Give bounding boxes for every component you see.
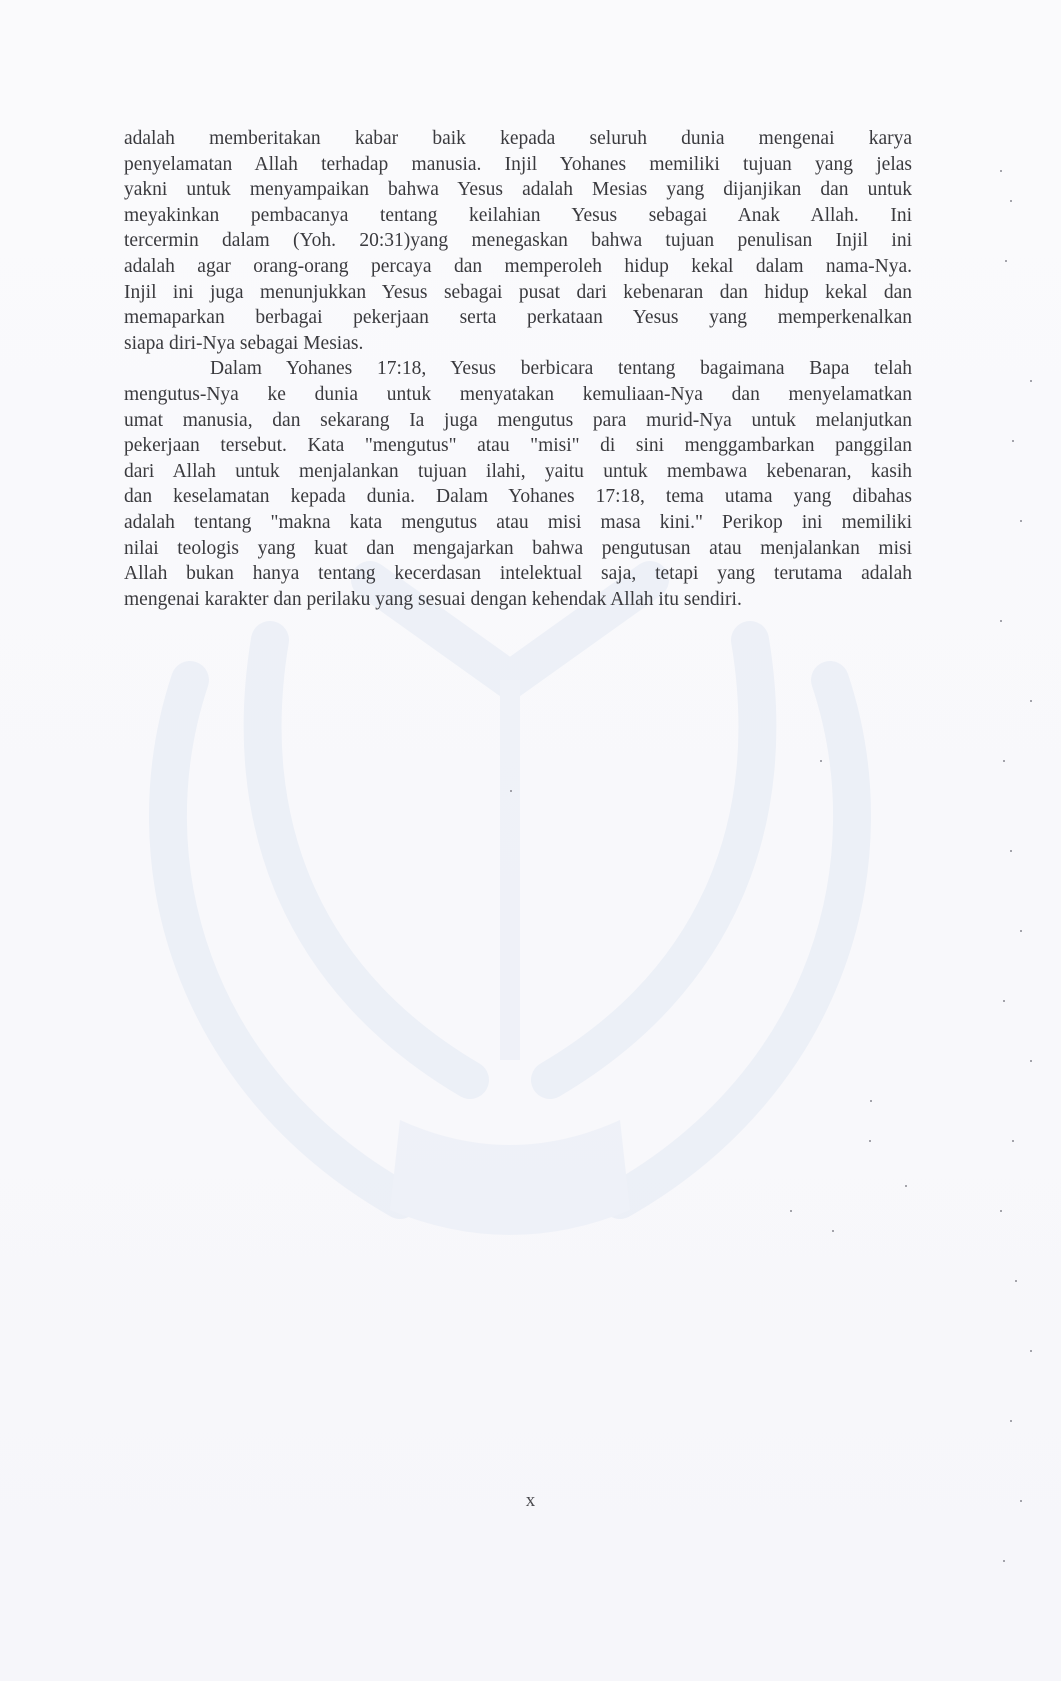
scan-speck: [1020, 930, 1022, 932]
scan-speck: [1012, 440, 1014, 442]
text-line: adalah agar orang-orang percaya dan memp…: [124, 254, 912, 280]
paragraph: adalah memberitakan kabar baik kepada se…: [124, 126, 912, 356]
scan-speck: [1005, 260, 1007, 262]
text-line: Allah bukan hanya tentang kecerdasan int…: [124, 561, 912, 587]
scan-speck: [1020, 520, 1022, 522]
scan-speck: [1003, 1560, 1005, 1562]
text-line: memaparkan berbagai pekerjaan serta perk…: [124, 305, 912, 331]
scan-speck: [1010, 200, 1012, 202]
scanned-page: adalah memberitakan kabar baik kepada se…: [0, 0, 1061, 1681]
text-line: dan keselamatan kepada dunia. Dalam Yoha…: [124, 484, 912, 510]
text-line: adalah tentang "makna kata mengutus atau…: [124, 510, 912, 536]
scan-speck: [1000, 620, 1002, 622]
text-line: Dalam Yohanes 17:18, Yesus berbicara ten…: [124, 356, 912, 382]
scan-speck: [1003, 1000, 1005, 1002]
text-line: umat manusia, dan sekarang Ia juga mengu…: [124, 408, 912, 434]
scan-speck: [1012, 1140, 1014, 1142]
text-line: nilai teologis yang kuat dan mengajarkan…: [124, 536, 912, 562]
text-line: pekerjaan tersebut. Kata "mengutus" atau…: [124, 433, 912, 459]
scan-speck: [1015, 1280, 1017, 1282]
text-line: adalah memberitakan kabar baik kepada se…: [124, 126, 912, 152]
scan-speck: [790, 1210, 792, 1212]
body-text: adalah memberitakan kabar baik kepada se…: [124, 126, 912, 612]
scan-speck: [832, 1230, 834, 1232]
text-line: yakni untuk menyampaikan bahwa Yesus ada…: [124, 177, 912, 203]
scan-speck: [1000, 170, 1002, 172]
scan-speck: [1030, 380, 1032, 382]
page-number: x: [0, 1490, 1061, 1512]
scan-speck: [1030, 1060, 1032, 1062]
scan-speck: [1020, 1500, 1022, 1502]
scan-speck: [869, 1140, 871, 1142]
text-line: mengenai karakter dan perilaku yang sesu…: [124, 587, 912, 613]
text-line: dari Allah untuk menjalankan tujuan ilah…: [124, 459, 912, 485]
scan-speck: [1010, 850, 1012, 852]
scan-speck: [1030, 700, 1032, 702]
scan-speck: [1003, 760, 1005, 762]
text-line: mengutus-Nya ke dunia untuk menyatakan k…: [124, 382, 912, 408]
scan-speck: [1030, 1350, 1032, 1352]
university-logo-watermark-icon: [70, 560, 950, 1280]
text-line: meyakinkan pembacanya tentang keilahian …: [124, 203, 912, 229]
text-line: Injil ini juga menunjukkan Yesus sebagai…: [124, 280, 912, 306]
text-line: siapa diri-Nya sebagai Mesias.: [124, 331, 912, 357]
scan-speck: [905, 1185, 907, 1187]
scan-speck: [1000, 1210, 1002, 1212]
paragraph: Dalam Yohanes 17:18, Yesus berbicara ten…: [124, 356, 912, 612]
scan-speck: [1010, 1420, 1012, 1422]
scan-speck: [820, 760, 822, 762]
text-line: penyelamatan Allah terhadap manusia. Inj…: [124, 152, 912, 178]
text-line: tercermin dalam (Yoh. 20:31)yang menegas…: [124, 228, 912, 254]
scan-speck: [510, 790, 512, 792]
scan-speck: [870, 1100, 872, 1102]
